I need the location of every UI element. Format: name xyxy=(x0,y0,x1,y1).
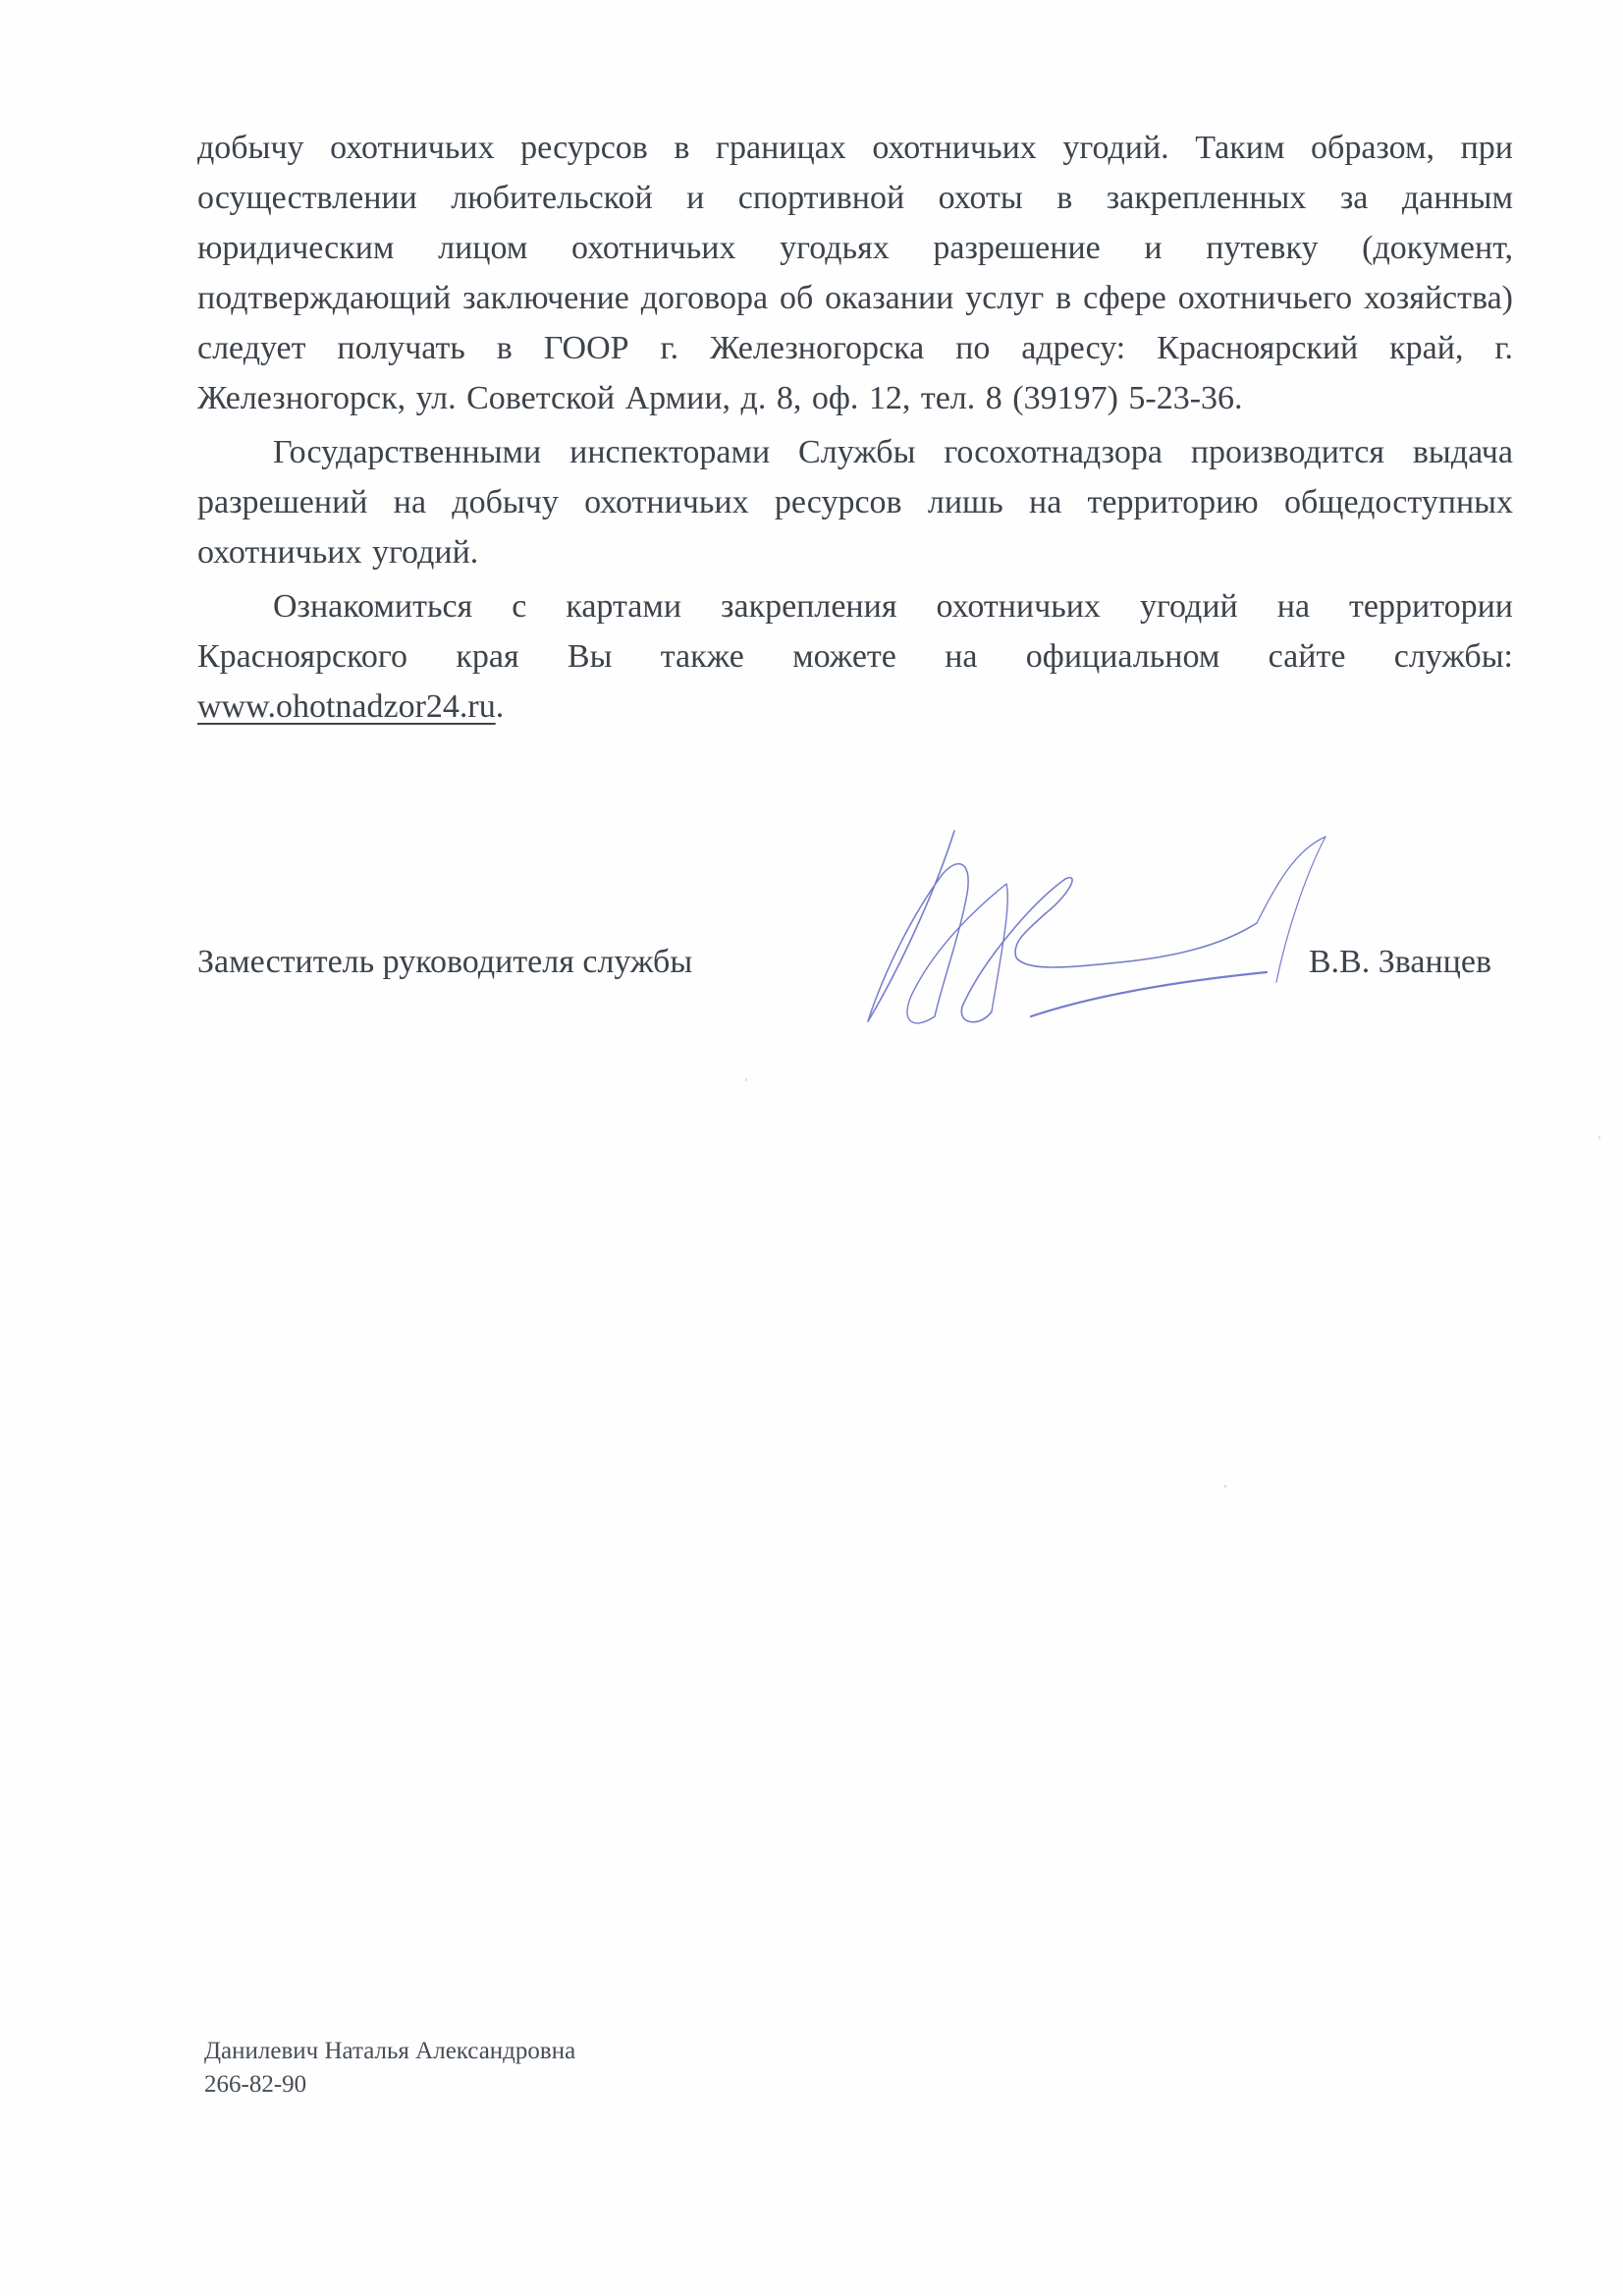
signatory-name: В.В. Званцев xyxy=(1309,938,1491,987)
paragraph-1: добычу охотничьих ресурсов в границах ох… xyxy=(197,123,1513,423)
handwritten-signature xyxy=(844,825,1355,1041)
document-page: добычу охотничьих ресурсов в границах ох… xyxy=(0,0,1623,2296)
paragraph-3: Ознакомиться с картами закрепления охотн… xyxy=(197,581,1513,732)
executor-phone: 266-82-90 xyxy=(204,2068,575,2102)
executor-name: Данилевич Наталья Александровна xyxy=(204,2035,575,2068)
signatory-title: Заместитель руководителя службы xyxy=(197,938,692,987)
scan-speck xyxy=(1598,1136,1600,1139)
scan-speck xyxy=(745,1078,747,1081)
paragraph-3-text: Ознакомиться с картами закрепления охотн… xyxy=(197,588,1513,675)
website-link[interactable]: www.ohotnadzor24.ru xyxy=(197,688,496,725)
paragraph-2: Государственными инспекторами Службы гос… xyxy=(197,427,1513,577)
paragraph-3-end: . xyxy=(496,688,505,725)
scan-speck xyxy=(1224,1485,1226,1488)
executor-contact: Данилевич Наталья Александровна 266-82-9… xyxy=(204,2035,575,2102)
signature-row: Заместитель руководителя службы В.В. Зва… xyxy=(197,938,1513,987)
letter-body: добычу охотничьих ресурсов в границах ох… xyxy=(197,123,1513,732)
